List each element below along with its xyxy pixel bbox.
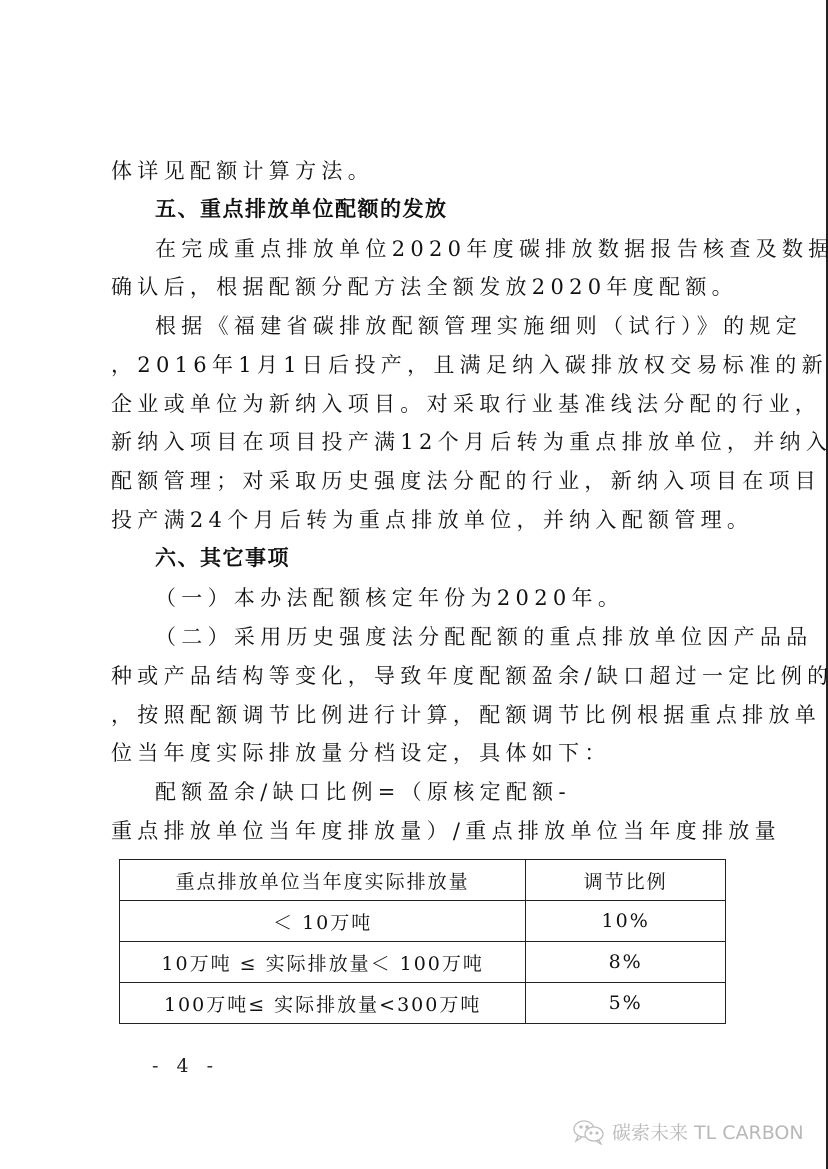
text-line: 种或产品结构等变化，导致年度配额盈余/缺口超过一定比例的 xyxy=(111,663,721,689)
text-line: 配额管理；对采取历史强度法分配的行业，新纳入项目在项目 xyxy=(111,468,721,494)
table-row: 10万吨 ≤ 实际排放量＜ 100万吨 8% xyxy=(120,942,726,983)
text-line: 新纳入项目在项目投产满12个月后转为重点排放单位，并纳入 xyxy=(111,429,721,455)
section-heading-6: 六、其它事项 xyxy=(155,545,765,571)
watermark-text: 碳索未来 TL CARBON xyxy=(612,1118,804,1145)
emission-range-cell: 10万吨 ≤ 实际排放量＜ 100万吨 xyxy=(120,942,526,983)
text-line: 根据《福建省碳排放配额管理实施细则（试行）》的规定 xyxy=(155,313,765,339)
text-line: （二）采用历史强度法分配配额的重点排放单位因产品品 xyxy=(155,624,765,650)
text-line: ，2016年1月1日后投产，且满足纳入碳排放权交易标准的新建 xyxy=(111,352,721,378)
table-header-row: 重点排放单位当年度实际排放量 调节比例 xyxy=(120,860,726,901)
emission-range-cell: 100万吨≤ 实际排放量<300万吨 xyxy=(120,983,526,1024)
watermark: 碳索未来 TL CARBON xyxy=(572,1118,804,1145)
text-line: ，按照配额调节比例进行计算，配额调节比例根据重点排放单 xyxy=(111,702,721,728)
wechat-icon xyxy=(572,1119,606,1145)
ratio-cell: 5% xyxy=(526,983,726,1024)
text-line: （一）本办法配额核定年份为2020年。 xyxy=(155,585,765,611)
section-heading-5: 五、重点排放单位配额的发放 xyxy=(155,196,765,222)
text-line: 确认后，根据配额分配方法全额发放2020年度配额。 xyxy=(111,274,721,300)
text-line: 投产满24个月后转为重点排放单位，并纳入配额管理。 xyxy=(111,507,721,533)
header-ratio: 调节比例 xyxy=(526,860,726,901)
table-row: 100万吨≤ 实际排放量<300万吨 5% xyxy=(120,983,726,1024)
table-row: ＜ 10万吨 10% xyxy=(120,901,726,942)
ratio-cell: 8% xyxy=(526,942,726,983)
text-line: 体详见配额计算方法。 xyxy=(111,158,721,184)
text-line: 在完成重点排放单位2020年度碳排放数据报告核查及数据 xyxy=(155,236,765,262)
page-number: - 4 - xyxy=(152,1055,219,1077)
text-line: 位当年度实际排放量分档设定，具体如下： xyxy=(111,740,721,766)
formula-line: 配额盈余/缺口比例=（原核定配额- xyxy=(155,779,765,805)
emission-range-cell: ＜ 10万吨 xyxy=(120,901,526,942)
ratio-cell: 10% xyxy=(526,901,726,942)
formula-line: 重点排放单位当年度排放量）/重点排放单位当年度排放量 xyxy=(111,818,721,844)
header-emission: 重点排放单位当年度实际排放量 xyxy=(120,860,526,901)
adjustment-ratio-table: 重点排放单位当年度实际排放量 调节比例 ＜ 10万吨 10% 10万吨 ≤ 实际… xyxy=(119,859,726,1024)
text-line: 企业或单位为新纳入项目。对采取行业基准线法分配的行业， xyxy=(111,391,721,417)
